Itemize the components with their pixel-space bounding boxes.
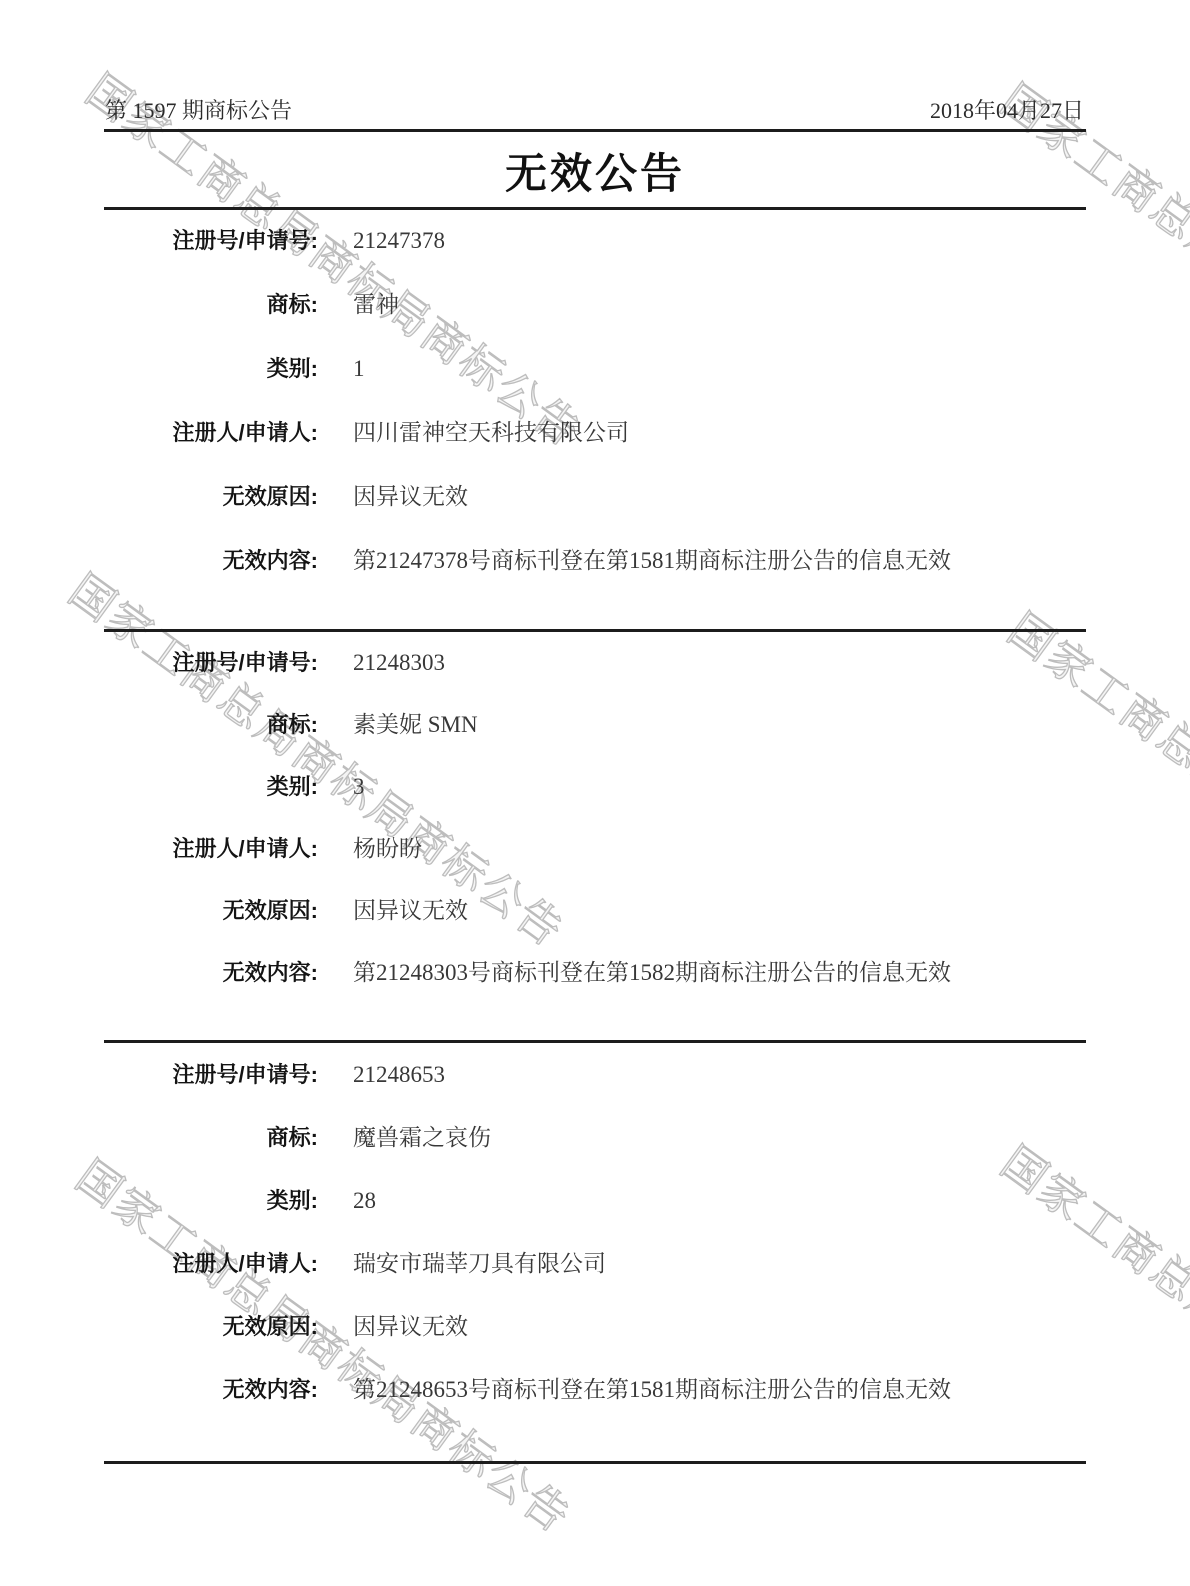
category-value: 3 <box>353 773 365 800</box>
trademark-label: 商标: <box>105 291 318 318</box>
bottom-rule <box>104 1461 1086 1464</box>
registrant-label: 注册人/申请人: <box>105 835 318 862</box>
invalid-reason-row: 无效原因: 因异议无效 <box>105 897 1087 959</box>
category-label: 类别: <box>105 773 318 800</box>
record-divider <box>104 1040 1086 1043</box>
gazette-page: { "page": { "issue_label": "第 1597 期商标公告… <box>0 0 1190 1586</box>
category-label: 类别: <box>105 1187 318 1214</box>
trademark-record: 注册号/申请号: 21248303 商标: 素美妮 SMN 类别: 3 注册人/… <box>105 649 1087 1021</box>
publish-date: 2018年04月27日 <box>930 94 1084 125</box>
trademark-record: 注册号/申请号: 21247378 商标: 雷神 类别: 1 注册人/申请人: … <box>105 227 1087 611</box>
issue-number: 第 1597 期商标公告 <box>105 94 292 125</box>
registrant-row: 注册人/申请人: 瑞安市瑞莘刀具有限公司 <box>105 1250 1087 1313</box>
title-rule <box>104 207 1086 210</box>
reg-no-value: 21247378 <box>353 227 445 254</box>
trademark-row: 商标: 魔兽霜之哀伤 <box>105 1124 1087 1187</box>
registrant-value: 杨盼盼 <box>353 835 422 862</box>
invalid-content-label: 无效内容: <box>105 959 318 986</box>
page-title: 无效公告 <box>0 141 1190 201</box>
trademark-value: 素美妮 SMN <box>353 711 478 738</box>
invalid-reason-value: 因异议无效 <box>353 1313 468 1340</box>
invalid-reason-label: 无效原因: <box>105 897 318 924</box>
trademark-row: 商标: 雷神 <box>105 291 1087 355</box>
invalid-reason-value: 因异议无效 <box>353 483 468 510</box>
category-value: 1 <box>353 355 365 382</box>
invalid-content-value: 第21248653号商标刊登在第1581期商标注册公告的信息无效 <box>353 1376 951 1403</box>
invalid-reason-row: 无效原因: 因异议无效 <box>105 1313 1087 1376</box>
invalid-content-value: 第21248303号商标刊登在第1582期商标注册公告的信息无效 <box>353 959 951 986</box>
registrant-label: 注册人/申请人: <box>105 419 318 446</box>
category-value: 28 <box>353 1187 376 1214</box>
invalid-reason-label: 无效原因: <box>105 1313 318 1340</box>
invalid-reason-label: 无效原因: <box>105 483 318 510</box>
reg-no-label: 注册号/申请号: <box>105 227 318 254</box>
record-divider <box>104 629 1086 632</box>
header-rule <box>104 129 1086 132</box>
invalid-reason-value: 因异议无效 <box>353 897 468 924</box>
reg-no-label: 注册号/申请号: <box>105 1061 318 1088</box>
trademark-row: 商标: 素美妮 SMN <box>105 711 1087 773</box>
reg-no-row: 注册号/申请号: 21248653 <box>105 1061 1087 1124</box>
reg-no-row: 注册号/申请号: 21248303 <box>105 649 1087 711</box>
reg-no-value: 21248653 <box>353 1061 445 1088</box>
category-row: 类别: 1 <box>105 355 1087 419</box>
category-row: 类别: 3 <box>105 773 1087 835</box>
registrant-row: 注册人/申请人: 四川雷神空天科技有限公司 <box>105 419 1087 483</box>
category-label: 类别: <box>105 355 318 382</box>
trademark-record: 注册号/申请号: 21248653 商标: 魔兽霜之哀伤 类别: 28 注册人/… <box>105 1061 1087 1439</box>
invalid-reason-row: 无效原因: 因异议无效 <box>105 483 1087 547</box>
trademark-label: 商标: <box>105 1124 318 1151</box>
invalid-content-value: 第21247378号商标刊登在第1581期商标注册公告的信息无效 <box>353 547 951 574</box>
invalid-content-row: 无效内容: 第21247378号商标刊登在第1581期商标注册公告的信息无效 <box>105 547 1087 611</box>
reg-no-row: 注册号/申请号: 21247378 <box>105 227 1087 291</box>
trademark-label: 商标: <box>105 711 318 738</box>
registrant-row: 注册人/申请人: 杨盼盼 <box>105 835 1087 897</box>
reg-no-value: 21248303 <box>353 649 445 676</box>
reg-no-label: 注册号/申请号: <box>105 649 318 676</box>
registrant-value: 瑞安市瑞莘刀具有限公司 <box>353 1250 606 1277</box>
invalid-content-label: 无效内容: <box>105 1376 318 1403</box>
invalid-content-row: 无效内容: 第21248303号商标刊登在第1582期商标注册公告的信息无效 <box>105 959 1087 1021</box>
registrant-value: 四川雷神空天科技有限公司 <box>353 419 629 446</box>
category-row: 类别: 28 <box>105 1187 1087 1250</box>
invalid-content-label: 无效内容: <box>105 547 318 574</box>
trademark-value: 魔兽霜之哀伤 <box>353 1124 491 1151</box>
registrant-label: 注册人/申请人: <box>105 1250 318 1277</box>
trademark-value: 雷神 <box>353 291 399 318</box>
invalid-content-row: 无效内容: 第21248653号商标刊登在第1581期商标注册公告的信息无效 <box>105 1376 1087 1439</box>
